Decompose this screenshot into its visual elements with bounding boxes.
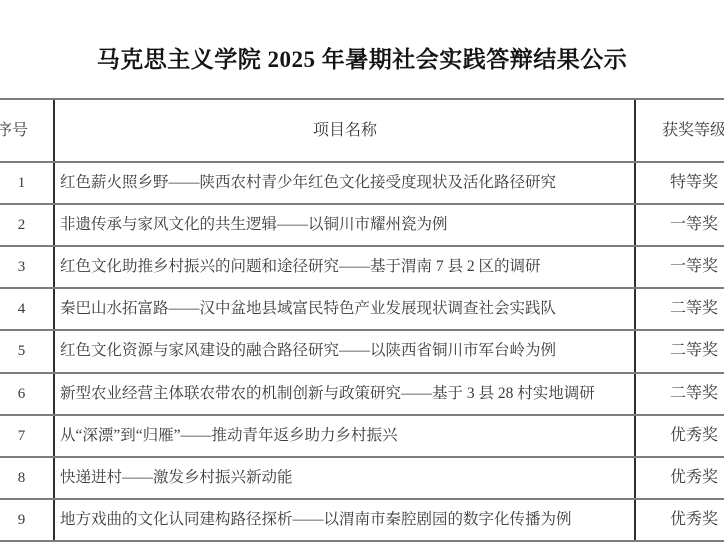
row-award-level: 二等奖	[636, 289, 724, 329]
table-header-row: 序号 项目名称 获奖等级	[0, 100, 724, 161]
table-row: 4 秦巴山水拓富路——汉中盆地县域富民特色产业发展现状调查社会实践队 二等奖	[0, 289, 724, 329]
announcement-page: { "title": "马克思主义学院 2025 年暑期社会实践答辩结果公示",…	[0, 0, 724, 543]
row-award-level: 一等奖	[636, 205, 724, 245]
table-row: 2 非遗传承与家风文化的共生逻辑——以铜川市耀州瓷为例 一等奖	[0, 205, 724, 245]
row-project-name: 红色文化助推乡村振兴的问题和途径研究——基于渭南 7 县 2 区的调研	[60, 247, 632, 287]
row-serial-number: 1	[0, 163, 53, 203]
header-award-level: 获奖等级	[636, 100, 724, 161]
header-serial-number: 序号	[0, 100, 44, 161]
row-project-name: 非遗传承与家风文化的共生逻辑——以铜川市耀州瓷为例	[60, 205, 632, 245]
table-horizontal-line	[0, 98, 724, 100]
row-serial-number: 7	[0, 416, 53, 456]
row-award-level: 优秀奖	[636, 416, 724, 456]
table-row: 1 红色薪火照乡野——陕西农村青少年红色文化接受度现状及活化路径研究 特等奖	[0, 163, 724, 203]
table-row: 3 红色文化助推乡村振兴的问题和途径研究——基于渭南 7 县 2 区的调研 一等…	[0, 247, 724, 287]
row-project-name: 地方戏曲的文化认同建构路径探析——以渭南市秦腔剧园的数字化传播为例	[60, 500, 632, 540]
row-serial-number: 5	[0, 331, 53, 371]
header-project-name: 项目名称	[56, 100, 634, 161]
row-award-level: 二等奖	[636, 374, 724, 414]
table-row: 5 红色文化资源与家风建设的融合路径研究——以陕西省铜川市军台岭为例 二等奖	[0, 331, 724, 371]
row-serial-number: 2	[0, 205, 53, 245]
row-award-level: 一等奖	[636, 247, 724, 287]
row-project-name: 新型农业经营主体联农带农的机制创新与政策研究——基于 3 县 28 村实地调研	[60, 374, 632, 414]
row-project-name: 从“深漂”到“归雁”——推动青年返乡助力乡村振兴	[60, 416, 632, 456]
row-award-level: 优秀奖	[636, 458, 724, 498]
row-project-name: 红色文化资源与家风建设的融合路径研究——以陕西省铜川市军台岭为例	[60, 331, 632, 371]
table-row: 9 地方戏曲的文化认同建构路径探析——以渭南市秦腔剧园的数字化传播为例 优秀奖	[0, 500, 724, 540]
row-serial-number: 9	[0, 500, 53, 540]
table-horizontal-line	[0, 540, 724, 542]
row-award-level: 特等奖	[636, 163, 724, 203]
row-serial-number: 8	[0, 458, 53, 498]
table-row: 6 新型农业经营主体联农带农的机制创新与政策研究——基于 3 县 28 村实地调…	[0, 374, 724, 414]
row-award-level: 优秀奖	[636, 500, 724, 540]
row-project-name: 秦巴山水拓富路——汉中盆地县域富民特色产业发展现状调查社会实践队	[60, 289, 632, 329]
row-serial-number: 3	[0, 247, 53, 287]
row-project-name: 红色薪火照乡野——陕西农村青少年红色文化接受度现状及活化路径研究	[60, 163, 632, 203]
row-project-name: 快递进村——激发乡村振兴新动能	[60, 458, 632, 498]
row-award-level: 二等奖	[636, 331, 724, 371]
table-row: 7 从“深漂”到“归雁”——推动青年返乡助力乡村振兴 优秀奖	[0, 416, 724, 456]
row-serial-number: 4	[0, 289, 53, 329]
results-table: 序号 项目名称 获奖等级 1 红色薪火照乡野——陕西农村青少年红色文化接受度现状…	[0, 0, 724, 543]
row-serial-number: 6	[0, 374, 53, 414]
table-row: 8 快递进村——激发乡村振兴新动能 优秀奖	[0, 458, 724, 498]
